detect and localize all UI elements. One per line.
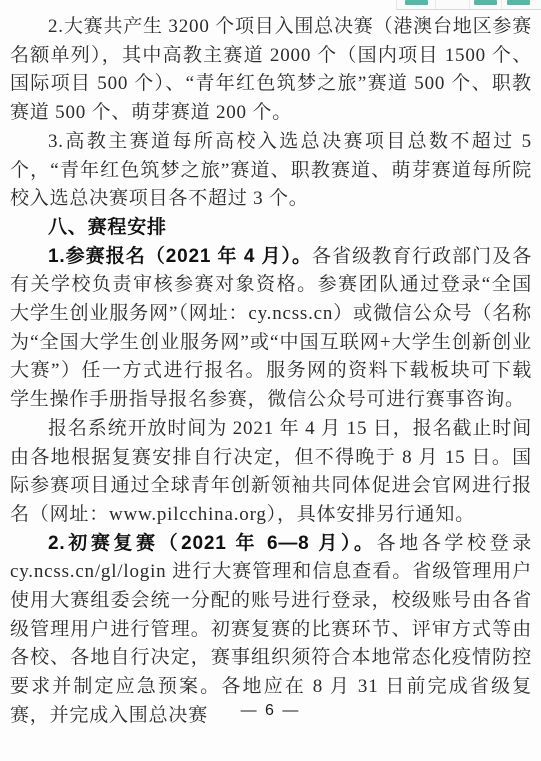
text-run: 2.大赛共产生 3200 个项目入围总决赛（港澳台地区参赛名额单列），其中高教主… — [10, 16, 532, 123]
teal-bar-fragment — [507, 0, 530, 5]
para-registration-time: 报名系统开放时间为 2021 年 4 月 15 日，报名截止时间由各地根据复赛安… — [10, 415, 532, 530]
text-run-bold: 2.初赛复赛（2021 年 6—8 月）。 — [48, 533, 377, 554]
para-finalist-quota: 2.大赛共产生 3200 个项目入围总决赛（港澳台地区参赛名额单列），其中高教主… — [10, 13, 532, 128]
table-cell-fragment — [436, 0, 470, 9]
table-cell-fragment — [502, 0, 534, 9]
page-footer: — 6 — — [0, 702, 541, 720]
table-cell-fragment — [470, 0, 502, 9]
para-registration: 1.参赛报名（2021 年 4 月）。各省级教育行政部门及各有关学校负责审核参赛… — [10, 243, 532, 415]
page-number: — 6 — — [241, 702, 301, 719]
text-run: 各地各学校登录 cy.ncss.cn/gl/login 进行大赛管理和信息查看。… — [10, 533, 532, 726]
heading-schedule: 八、赛程安排 — [10, 214, 532, 243]
document-page: 2.大赛共产生 3200 个项目入围总决赛（港澳台地区参赛名额单列），其中高教主… — [0, 0, 541, 761]
document-body: 2.大赛共产生 3200 个项目入围总决赛（港澳台地区参赛名额单列），其中高教主… — [10, 13, 532, 731]
cutoff-table-fragment — [396, 0, 541, 10]
text-run: 各省级教育行政部门及各有关学校负责审核参赛对象资格。参赛团队通过登录“全国大学生… — [10, 246, 532, 411]
table-cell-fragment — [397, 0, 436, 9]
text-run: 报名系统开放时间为 2021 年 4 月 15 日，报名截止时间由各地根据复赛安… — [10, 418, 532, 525]
teal-bar-fragment — [474, 0, 497, 5]
text-run-bold: 八、赛程安排 — [48, 217, 167, 238]
teal-bar-fragment — [405, 0, 428, 5]
para-school-limit: 3.高教主赛道每所高校入选总决赛项目总数不超过 5 个，“青年红色筑梦之旅”赛道… — [10, 128, 532, 214]
para-preliminary-semifinal: 2.初赛复赛（2021 年 6—8 月）。各地各学校登录 cy.ncss.cn/… — [10, 530, 532, 731]
text-run: 3.高教主赛道每所高校入选总决赛项目总数不超过 5 个，“青年红色筑梦之旅”赛道… — [10, 131, 532, 209]
text-run-bold: 1.参赛报名（2021 年 4 月）。 — [48, 246, 312, 267]
